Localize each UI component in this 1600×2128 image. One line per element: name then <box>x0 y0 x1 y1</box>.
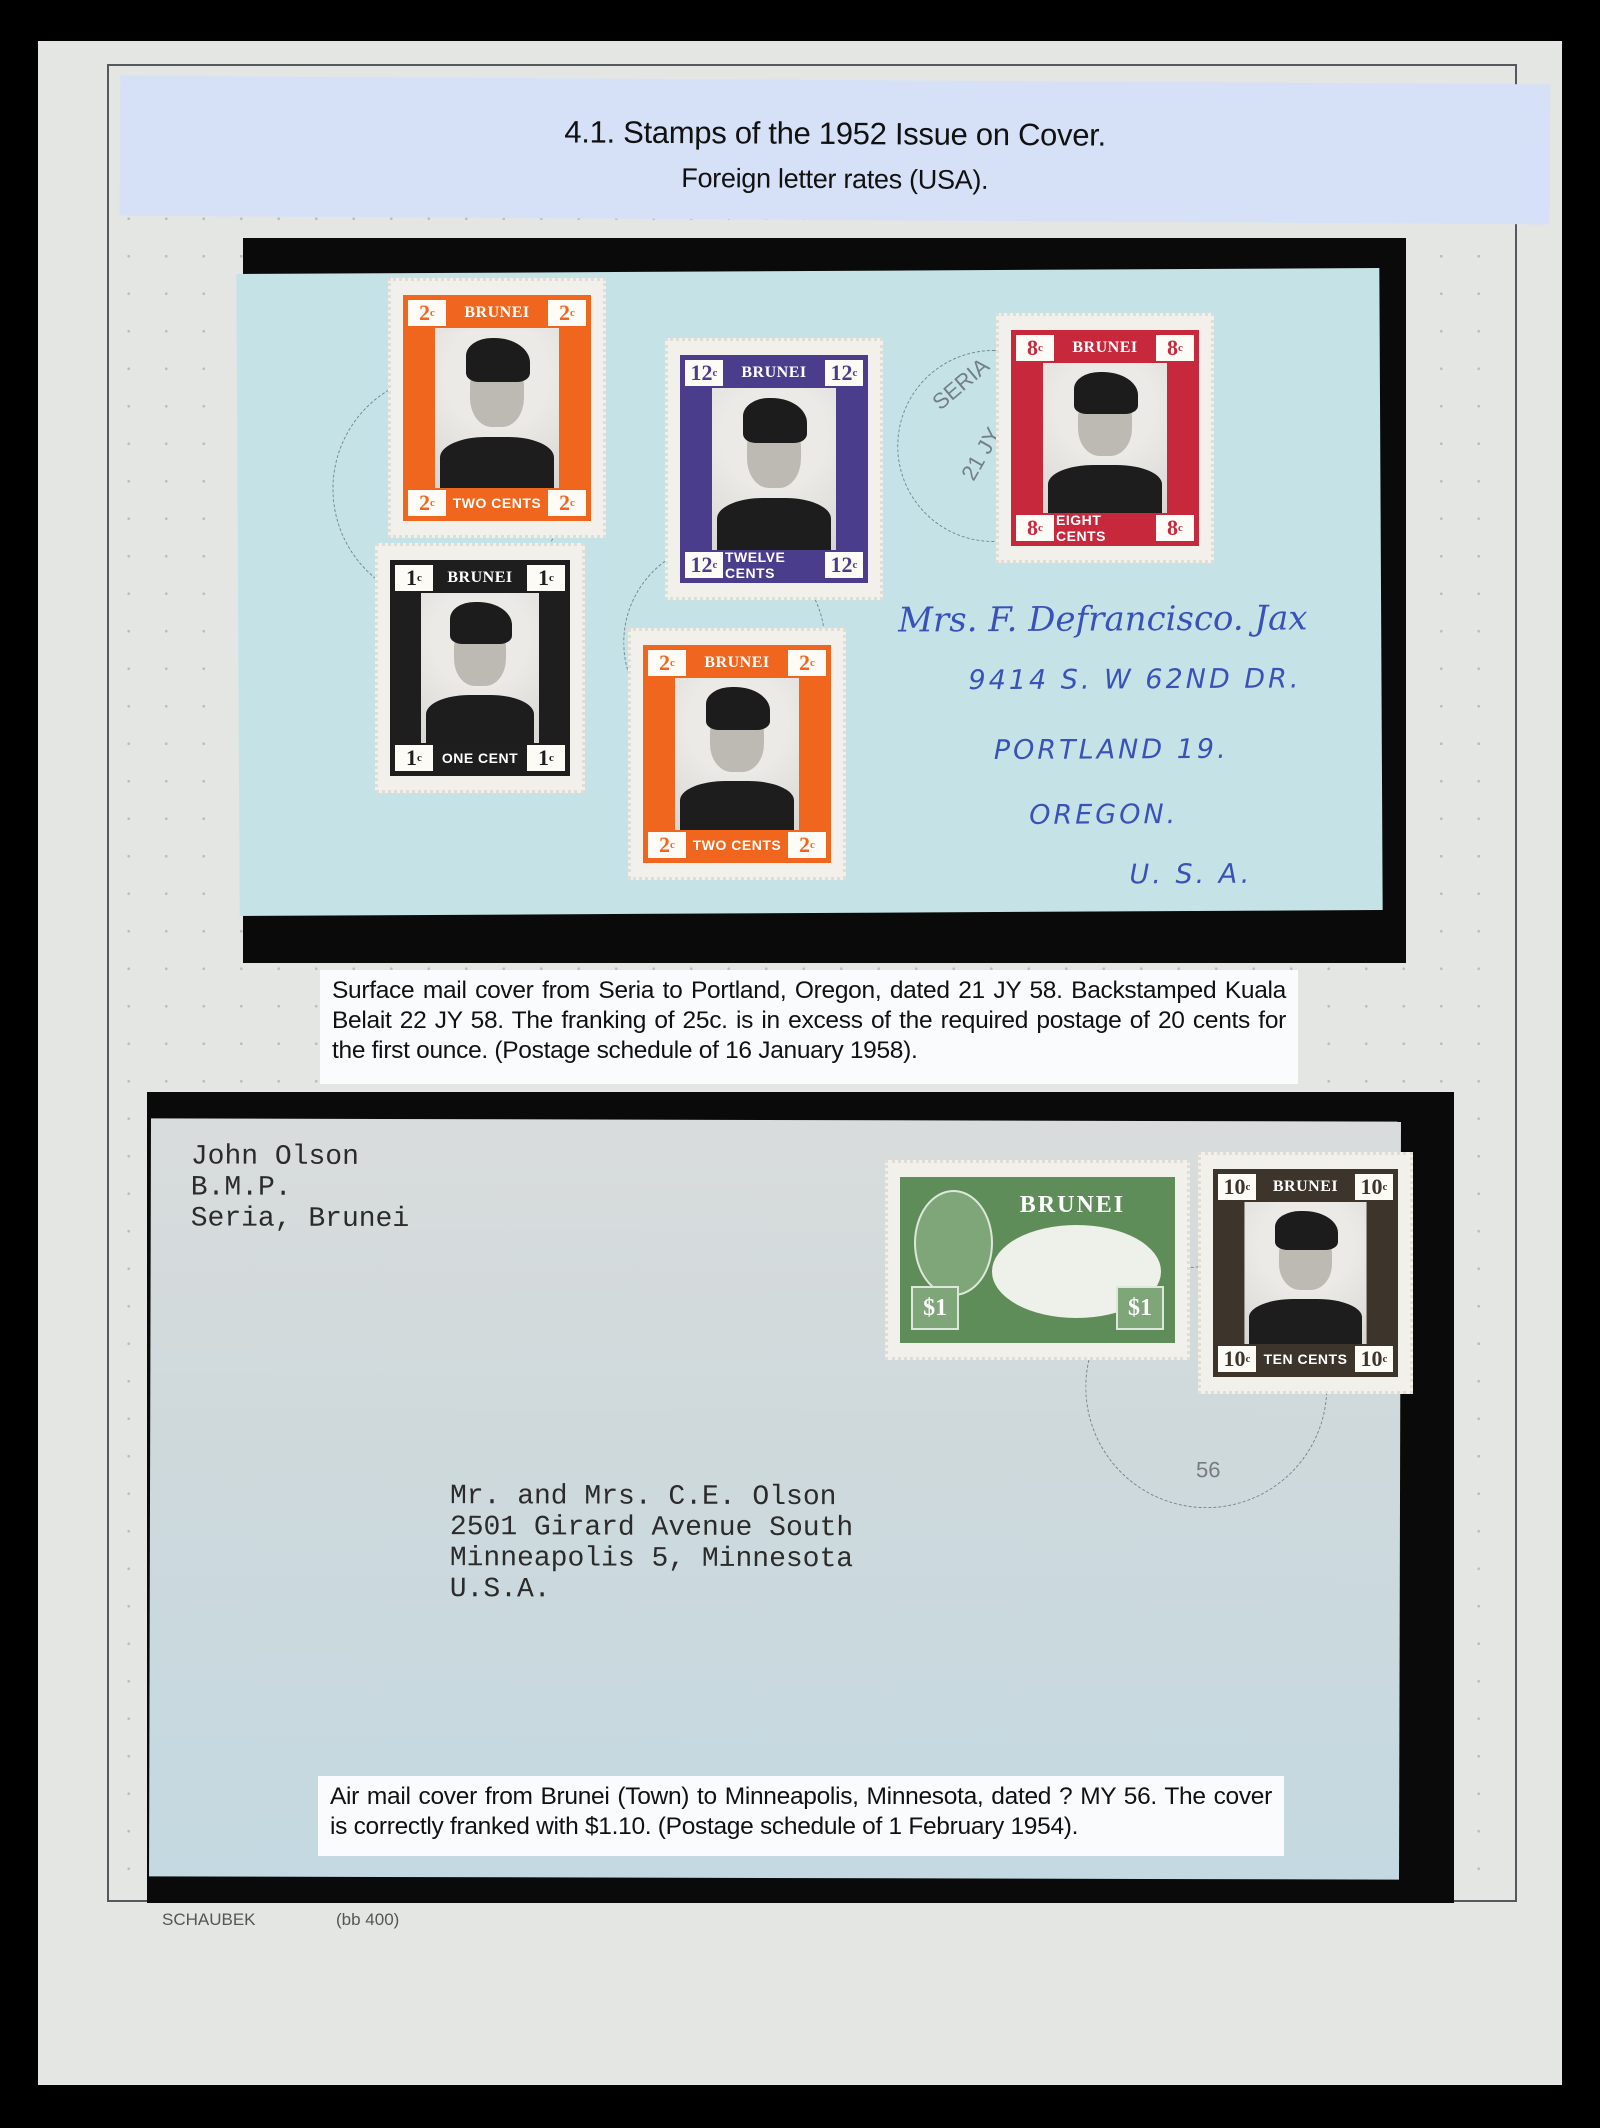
page-title: 4.1. Stamps of the 1952 Issue on Cover. <box>120 112 1550 157</box>
footer-code: (bb 400) <box>336 1910 399 1930</box>
cover-1-caption: Surface mail cover from Seria to Portlan… <box>320 970 1298 1084</box>
stamp-8c: 8cBRUNEI8c 8cEIGHT CENTS8c <box>996 313 1214 563</box>
cover-2-caption: Air mail cover from Brunei (Town) to Min… <box>318 1776 1284 1856</box>
address-line: OREGON. <box>1029 799 1178 831</box>
address-line: PORTLAND 19. <box>994 734 1229 766</box>
address-line: Mrs. F. Defrancisco. Jax <box>898 598 1308 640</box>
title-band: 4.1. Stamps of the 1952 Issue on Cover. … <box>120 76 1551 225</box>
stamp-1c: 1cBRUNEI1c 1cONE CENT1c <box>375 543 585 793</box>
stamp-12c: 12cBRUNEI12c 12cTWELVE CENTS12c <box>665 338 883 600</box>
stamp-10c: 10cBRUNEI10c 10cTEN CENTS10c <box>1198 1152 1413 1394</box>
stamp-2c: 2cBRUNEI2c 2cTWO CENTS2c <box>628 628 846 880</box>
sender-address: John Olson B.M.P. Seria, Brunei <box>191 1141 410 1235</box>
stamp-1-dollar: BRUNEI $1 $1 <box>885 1160 1190 1360</box>
page-subtitle: Foreign letter rates (USA). <box>120 160 1550 200</box>
address-line: U. S. A. <box>1129 859 1252 891</box>
footer-brand: SCHAUBEK <box>162 1910 256 1930</box>
address-line: 9414 S. W 62ND DR. <box>968 663 1301 696</box>
recipient-address: Mr. and Mrs. C.E. Olson 2501 Girard Aven… <box>450 1481 854 1606</box>
stamp-2c: 2cBRUNEI2c 2cTWO CENTS2c <box>388 278 606 538</box>
